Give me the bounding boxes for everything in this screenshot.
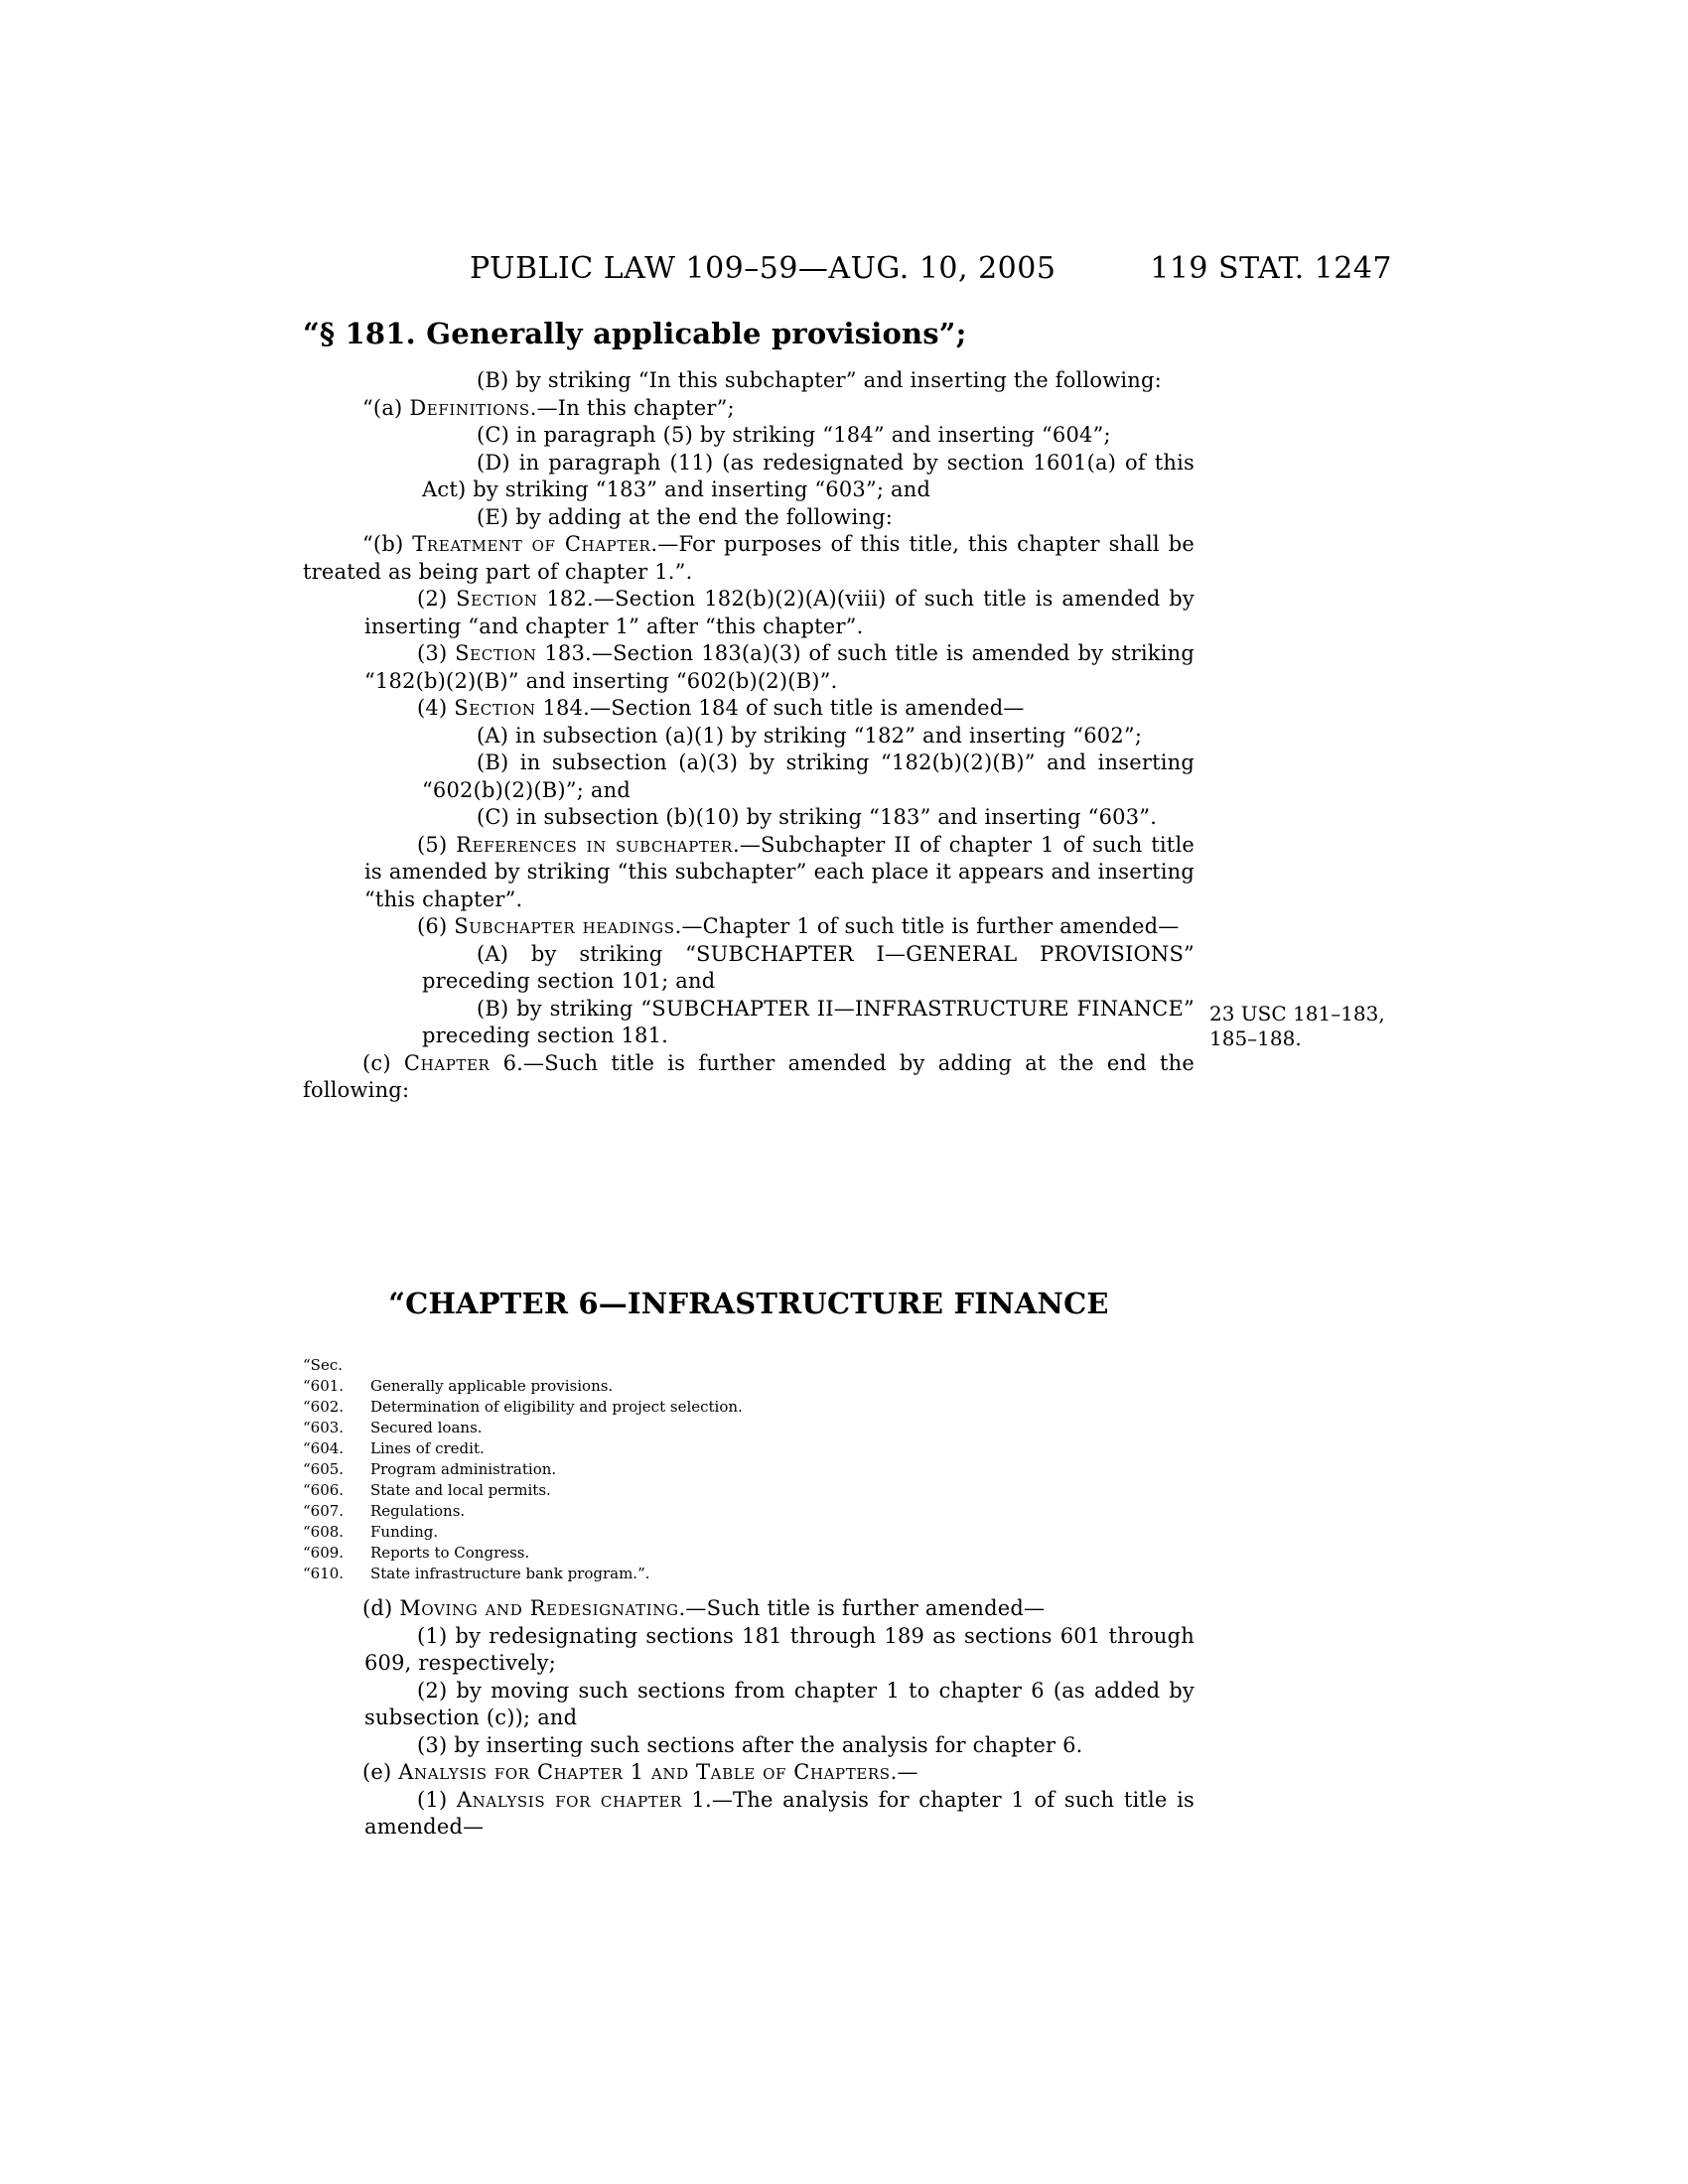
page-header-stat: 119 STAT. 1247 — [1150, 251, 1392, 286]
body-section-top: (B) by striking “In this subchapter” and… — [303, 367, 1195, 1105]
toc-row: “601.Generally applicable provisions. — [303, 1376, 743, 1397]
toc-section-title: Lines of credit. — [370, 1439, 485, 1457]
toc-section-title: Secured loans. — [370, 1419, 483, 1436]
paragraph: (C) in subsection (b)(10) by striking “1… — [422, 804, 1195, 832]
text-run: (1) — [417, 1788, 457, 1812]
text-run: (2) — [417, 587, 456, 611]
text-run: (B) in subsection (a)(3) by striking “18… — [422, 751, 1195, 802]
text-run: (5) — [417, 833, 456, 857]
paragraph: (B) by striking “In this subchapter” and… — [422, 367, 1195, 395]
small-caps-text: Section — [456, 587, 537, 611]
page-header-law: PUBLIC LAW 109–59—AUG. 10, 2005 — [470, 251, 1055, 286]
paragraph: (1) by redesignating sections 181 throug… — [364, 1623, 1195, 1678]
section-list: “Sec.“601.Generally applicable provision… — [303, 1355, 743, 1584]
text-run: (C) in paragraph (5) by striking “184” a… — [477, 423, 1111, 447]
toc-section-title: State and local permits. — [370, 1481, 551, 1499]
text-run: (C) in subsection (b)(10) by striking “1… — [477, 805, 1157, 829]
toc-row: “Sec. — [303, 1355, 743, 1376]
body-section-bottom: (d) Moving and Redesignating.—Such title… — [303, 1595, 1195, 1842]
toc-section-number: “610. — [303, 1564, 370, 1584]
paragraph: (C) in paragraph (5) by striking “184” a… — [422, 422, 1195, 450]
text-run: (3) — [417, 641, 455, 665]
statute-page: PUBLIC LAW 109–59—AUG. 10, 2005 119 STAT… — [0, 0, 1688, 2184]
toc-row: “610.State infrastructure bank program.”… — [303, 1564, 743, 1584]
paragraph: (A) by striking “SUBCHAPTER I—GENERAL PR… — [422, 941, 1195, 996]
paragraph: (B) in subsection (a)(3) by striking “18… — [422, 750, 1195, 804]
paragraph: (6) Subchapter headings.—Chapter 1 of su… — [364, 913, 1195, 941]
text-run: (c) — [362, 1051, 404, 1075]
margin-note-line: 23 USC 181–183, — [1209, 1002, 1385, 1026]
paragraph: (3) by inserting such sections after the… — [364, 1732, 1195, 1760]
small-caps-text: Subchapter headings — [454, 914, 674, 938]
text-run: .—Such title is further amended— — [679, 1596, 1046, 1620]
text-run: .— — [891, 1760, 918, 1784]
paragraph: (c) Chapter 6.—Such title is further ame… — [303, 1050, 1195, 1105]
small-caps-text: Analysis for Chapter 1 and Table of Chap… — [398, 1760, 890, 1784]
paragraph: (2) Section 182.—Section 182(b)(2)(A)(vi… — [364, 586, 1195, 640]
text-run: .—In this chapter”; — [530, 396, 735, 420]
toc-section-number: “606. — [303, 1480, 370, 1501]
toc-section-title: Funding. — [370, 1523, 438, 1541]
paragraph: (E) by adding at the end the following: — [422, 504, 1195, 532]
paragraph: (A) in subsection (a)(1) by striking “18… — [422, 723, 1195, 751]
paragraph: (B) by striking “SUBCHAPTER II—INFRASTRU… — [422, 996, 1195, 1050]
toc-row: “607.Regulations. — [303, 1501, 743, 1522]
text-run: .—Chapter 1 of such title is further ame… — [675, 914, 1180, 938]
paragraph: “(b) Treatment of Chapter.—For purposes … — [303, 531, 1195, 586]
text-run: (B) by striking “SUBCHAPTER II—INFRASTRU… — [422, 997, 1195, 1048]
toc-section-number: “608. — [303, 1522, 370, 1543]
paragraph: “(a) Definitions.—In this chapter”; — [303, 395, 1195, 423]
text-run: (A) by striking “SUBCHAPTER I—GENERAL PR… — [422, 942, 1195, 994]
toc-row: “602.Determination of eligibility and pr… — [303, 1397, 743, 1418]
text-run: “(a) — [362, 396, 409, 420]
text-run: (2) by moving such sections from chapter… — [364, 1679, 1195, 1730]
paragraph: (e) Analysis for Chapter 1 and Table of … — [303, 1759, 1195, 1787]
small-caps-text: Section — [454, 696, 535, 720]
toc-section-number: “603. — [303, 1418, 370, 1438]
margin-note-line: 185–188. — [1209, 1026, 1385, 1051]
paragraph: (d) Moving and Redesignating.—Such title… — [303, 1595, 1195, 1623]
text-run: (d) — [362, 1596, 399, 1620]
toc-section-number: “602. — [303, 1397, 370, 1418]
paragraph: (4) Section 184.—Section 184 of such tit… — [364, 695, 1195, 723]
small-caps-text: Section — [455, 641, 536, 665]
small-caps-text: Moving and Redesignating — [399, 1596, 678, 1620]
text-run: “(b) — [362, 532, 412, 556]
toc-section-title: Reports to Congress. — [370, 1544, 529, 1562]
text-run: (3) by inserting such sections after the… — [417, 1733, 1083, 1757]
toc-row: “608.Funding. — [303, 1522, 743, 1543]
paragraph: (1) Analysis for chapter 1.—The analysis… — [364, 1787, 1195, 1842]
toc-row: “603.Secured loans. — [303, 1418, 743, 1438]
text-run: (B) by striking “In this subchapter” and… — [477, 368, 1162, 392]
toc-section-title: Program administration. — [370, 1460, 556, 1478]
section-181-heading: “§ 181. Generally applicable provisions”… — [303, 317, 967, 350]
toc-section-number: “604. — [303, 1438, 370, 1459]
small-caps-text: References in subchapter — [456, 833, 733, 857]
margin-note-usc-citation: 23 USC 181–183,185–188. — [1209, 1002, 1385, 1051]
text-run: (e) — [362, 1760, 398, 1784]
toc-section-title: Generally applicable provisions. — [370, 1377, 613, 1395]
small-caps-text: Treatment of Chapter — [412, 532, 650, 556]
toc-section-number: “607. — [303, 1501, 370, 1522]
text-run: (E) by adding at the end the following: — [477, 505, 893, 529]
small-caps-text: Definitions — [409, 396, 529, 420]
text-run: (A) in subsection (a)(1) by striking “18… — [477, 724, 1142, 748]
paragraph: (2) by moving such sections from chapter… — [364, 1678, 1195, 1732]
toc-section-number: “601. — [303, 1376, 370, 1397]
toc-section-number: “Sec. — [303, 1355, 370, 1376]
paragraph: (D) in paragraph (11) (as redesignated b… — [422, 450, 1195, 504]
text-run: (6) — [417, 914, 454, 938]
toc-row: “605.Program administration. — [303, 1459, 743, 1480]
paragraph: (5) References in subchapter.—Subchapter… — [364, 832, 1195, 914]
toc-section-title: State infrastructure bank program.”. — [370, 1565, 650, 1582]
toc-section-title: Determination of eligibility and project… — [370, 1398, 743, 1416]
toc-section-number: “609. — [303, 1543, 370, 1564]
text-run: (D) in paragraph (11) (as redesignated b… — [422, 451, 1195, 502]
toc-section-title: Regulations. — [370, 1502, 465, 1520]
paragraph: (3) Section 183.—Section 183(a)(3) of su… — [364, 640, 1195, 695]
toc-row: “606.State and local permits. — [303, 1480, 743, 1501]
toc-section-number: “605. — [303, 1459, 370, 1480]
chapter-6-heading: “CHAPTER 6—INFRASTRUCTURE FINANCE — [303, 1287, 1195, 1320]
text-run: (1) by redesignating sections 181 throug… — [364, 1624, 1195, 1676]
toc-row: “609.Reports to Congress. — [303, 1543, 743, 1564]
toc-row: “604.Lines of credit. — [303, 1438, 743, 1459]
small-caps-text: Chapter — [404, 1051, 491, 1075]
small-caps-text: Analysis for chapter — [457, 1788, 682, 1812]
text-run: (4) — [417, 696, 454, 720]
text-run: 184.—Section 184 of such title is amende… — [536, 696, 1025, 720]
